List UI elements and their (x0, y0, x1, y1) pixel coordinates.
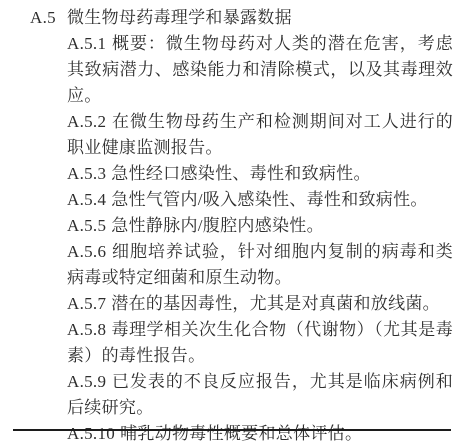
clause-a5-5: A.5.5急性静脉内/腹腔内感染性。 (67, 213, 453, 239)
clause-list: A.5.1概要：微生物母药对人类的潜在危害，考虑其致病潜力、感染能力和清除模式，… (67, 31, 453, 447)
clause-a5-6: A.5.6细胞培养试验，针对细胞内复制的病毒和类病毒或特定细菌和原生动物。 (67, 239, 453, 291)
clause-text: 急性经口感染性、毒性和致病性。 (111, 164, 371, 183)
clause-a5-2: A.5.2在微生物母药生产和检测期间对工人进行的职业健康监测报告。 (67, 109, 453, 161)
clause-a5-9: A.5.9已发表的不良反应报告，尤其是临床病例和后续研究。 (67, 369, 453, 421)
clause-a5-8: A.5.8毒理学相关次生化合物（代谢物）（尤其是毒素）的毒性报告。 (67, 317, 453, 369)
clause-number: A.5.8 (67, 320, 106, 339)
clause-text: 潜在的基因毒性，尤其是对真菌和放线菌。 (111, 294, 440, 313)
clause-text: 毒理学相关次生化合物（代谢物）（尤其是毒素）的毒性报告。 (67, 320, 453, 365)
clause-text: 在微生物母药生产和检测期间对工人进行的职业健康监测报告。 (67, 112, 453, 157)
horizontal-rule (13, 429, 451, 431)
clause-text: 概要：微生物母药对人类的潜在危害，考虑其致病潜力、感染能力和清除模式，以及其毒理… (67, 34, 453, 105)
section-title: 微生物母药毒理学和暴露数据 (67, 8, 292, 27)
clause-number: A.5.3 (67, 164, 106, 183)
clause-a5-1: A.5.1概要：微生物母药对人类的潜在危害，考虑其致病潜力、感染能力和清除模式，… (67, 31, 453, 109)
section-number: A.5 (30, 5, 67, 31)
clause-number: A.5.10 (67, 424, 115, 443)
document-page: A.5微生物母药毒理学和暴露数据 A.5.1概要：微生物母药对人类的潜在危害，考… (0, 0, 471, 448)
clause-a5-3: A.5.3急性经口感染性、毒性和致病性。 (67, 161, 453, 187)
clause-a5-7: A.5.7潜在的基因毒性，尤其是对真菌和放线菌。 (67, 291, 453, 317)
clause-number: A.5.5 (67, 216, 106, 235)
section-heading: A.5微生物母药毒理学和暴露数据 (0, 5, 471, 31)
clause-number: A.5.4 (67, 190, 106, 209)
clause-number: A.5.7 (67, 294, 106, 313)
clause-number: A.5.6 (67, 242, 106, 261)
clause-text: 急性静脉内/腹腔内感染性。 (111, 216, 324, 235)
clause-text: 已发表的不良反应报告，尤其是临床病例和后续研究。 (67, 372, 453, 417)
clause-a5-10: A.5.10哺乳动物毒性概要和总体评估。 (67, 421, 453, 447)
clause-number: A.5.2 (67, 112, 106, 131)
clause-a5-4: A.5.4急性气管内/吸入感染性、毒性和致病性。 (67, 187, 453, 213)
clause-number: A.5.1 (67, 34, 106, 53)
section-a5: A.5微生物母药毒理学和暴露数据 A.5.1概要：微生物母药对人类的潜在危害，考… (0, 0, 471, 447)
clause-text: 急性气管内/吸入感染性、毒性和致病性。 (111, 190, 427, 209)
clause-text: 细胞培养试验，针对细胞内复制的病毒和类病毒或特定细菌和原生动物。 (67, 242, 453, 287)
clause-number: A.5.9 (67, 372, 106, 391)
clause-text: 哺乳动物毒性概要和总体评估。 (120, 424, 362, 443)
